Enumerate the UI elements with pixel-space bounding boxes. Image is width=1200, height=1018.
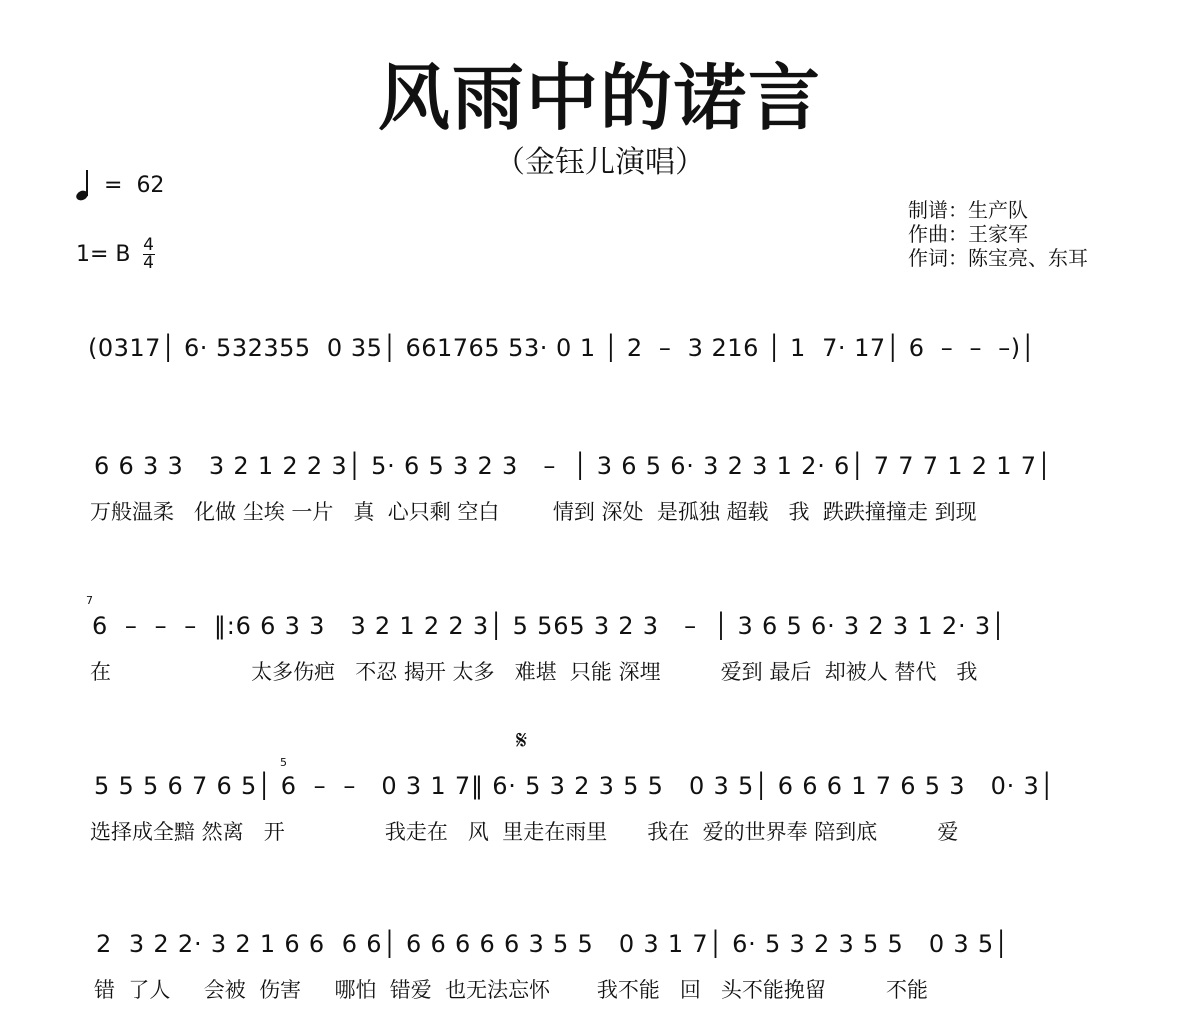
lyrics-line: 错 了人 会被 伤害 哪怕 错爱 也无法忘怀 我不能 回 头不能挽留 不能 xyxy=(94,974,928,1004)
credit-lyricist: 作词：陈宝亮、东耳 xyxy=(908,246,1088,270)
notation-line: 2 3 2 2· 3 2 1 6 6 6 6│ 6 6 6 6 6 3 5 5 … xyxy=(96,930,1009,958)
segno-icon: 𝄋 xyxy=(516,726,527,757)
song-title: 风雨中的诺言 xyxy=(0,62,1200,134)
notation-line: 6 6 3 3 3 2 1 2 2 3│ 5· 6 5 3 2 3 – │ 3 … xyxy=(94,452,1052,480)
tempo-marking: = 62 xyxy=(76,170,164,200)
lyrics-line: 万般温柔 化做 尘埃 一片 真 心只剩 空白 情到 深处 是孤独 超载 我 跌跌… xyxy=(90,496,977,526)
time-sig-top: 4 xyxy=(143,238,154,253)
notation-line: (0317│ 6· 532355 0 35│ 661765 53· 0 1 │ … xyxy=(88,334,1036,362)
lyrics-line: 在 太多伤疤 不忍 揭开 太多 难堪 只能 深埋 爱到 最后 却被人 替代 我 xyxy=(90,656,977,686)
notation-line: 5 5 5 6 7 6 5│ 6 – – 0 3 1 7‖ 6· 5 3 2 3… xyxy=(94,772,1055,800)
time-signature: 4 4 xyxy=(143,238,155,271)
grace-note: 5 xyxy=(280,756,287,769)
credit-composer: 作曲：王家军 xyxy=(908,222,1088,246)
quarter-note-icon xyxy=(76,170,90,200)
tempo-equals: = xyxy=(104,173,122,198)
credit-arranger: 制谱：生产队 xyxy=(908,198,1088,222)
key-label: 1= B xyxy=(76,242,131,267)
notation-line: 6 – – – ‖:6 6 3 3 3 2 1 2 2 3│ 5 565 3 2… xyxy=(92,612,1006,640)
grace-note: 7 xyxy=(86,594,93,607)
time-sig-bottom: 4 xyxy=(143,256,154,271)
song-subtitle: （金钰儿演唱） xyxy=(0,148,1200,178)
tempo-value: 62 xyxy=(136,173,164,198)
credits: 制谱：生产队 作曲：王家军 作词：陈宝亮、东耳 xyxy=(908,198,1088,270)
lyrics-line: 选择成全黯 然离 开 我走在 风 里走在雨里 我在 爱的世界奉 陪到底 爱 xyxy=(90,816,958,846)
key-signature: 1= B 4 4 xyxy=(76,238,155,271)
